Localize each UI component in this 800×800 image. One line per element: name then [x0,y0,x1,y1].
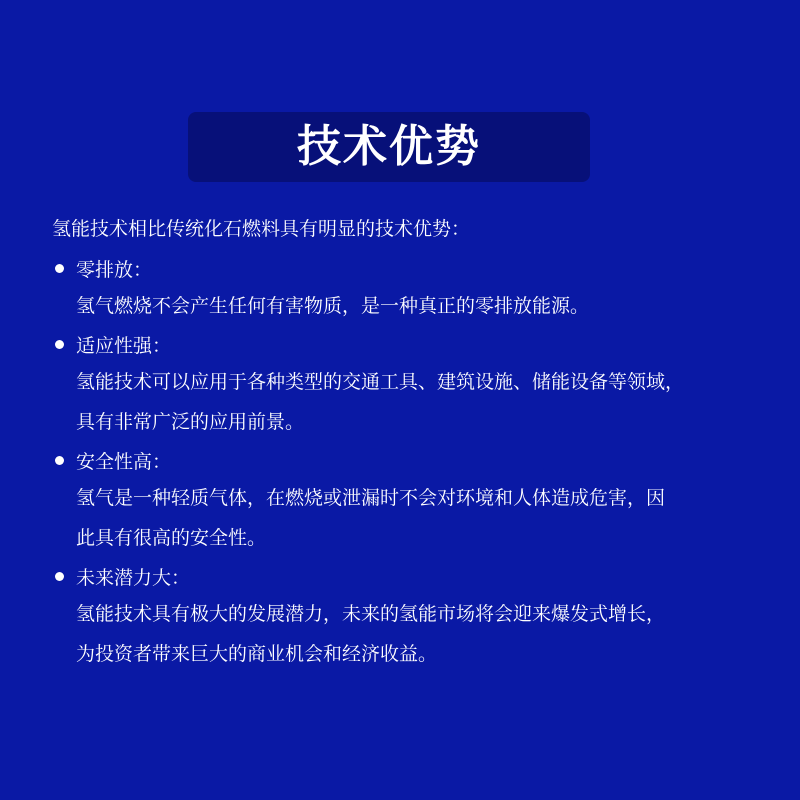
advantage-item-safety: 安全性高： 氢气是一种轻质气体，在燃烧或泄漏时不会对环境和人体造成危害，因 此具… [52,442,772,558]
item-heading-row: 安全性高： [52,442,772,478]
item-heading: 安全性高： [76,447,171,474]
item-description: 氢能技术可以应用于各种类型的交通工具、建筑设施、储能设备等领域， 具有非常广泛的… [52,362,772,442]
bullet-icon [55,572,64,581]
description-line: 氢能技术可以应用于各种类型的交通工具、建筑设施、储能设备等领域， [76,362,752,402]
description-line: 氢气是一种轻质气体，在燃烧或泄漏时不会对环境和人体造成危害，因 [76,478,752,518]
item-description: 氢气燃烧不会产生任何有害物质，是一种真正的零排放能源。 [52,286,772,326]
description-line: 氢气燃烧不会产生任何有害物质，是一种真正的零排放能源。 [76,286,752,326]
intro-text: 氢能技术相比传统化石燃料具有明显的技术优势： [52,214,772,244]
description-line: 为投资者带来巨大的商业机会和经济收益。 [76,634,752,674]
content-area: 氢能技术相比传统化石燃料具有明显的技术优势： 零排放： 氢气燃烧不会产生任何有害… [52,214,772,674]
description-line: 此具有很高的安全性。 [76,518,752,558]
advantage-item-zero-emission: 零排放： 氢气燃烧不会产生任何有害物质，是一种真正的零排放能源。 [52,250,772,326]
item-description: 氢能技术具有极大的发展潜力，未来的氢能市场将会迎来爆发式增长， 为投资者带来巨大… [52,594,772,674]
item-description: 氢气是一种轻质气体，在燃烧或泄漏时不会对环境和人体造成危害，因 此具有很高的安全… [52,478,772,558]
item-heading: 适应性强： [76,331,171,358]
item-heading: 未来潜力大： [76,563,190,590]
bullet-icon [55,456,64,465]
item-heading-row: 未来潜力大： [52,558,772,594]
item-heading-row: 适应性强： [52,326,772,362]
bullet-icon [55,264,64,273]
item-heading-row: 零排放： [52,250,772,286]
title-banner: 技术优势 [188,112,590,182]
description-line: 氢能技术具有极大的发展潜力，未来的氢能市场将会迎来爆发式增长， [76,594,752,634]
item-heading: 零排放： [76,255,152,282]
advantage-item-future-potential: 未来潜力大： 氢能技术具有极大的发展潜力，未来的氢能市场将会迎来爆发式增长， 为… [52,558,772,674]
page-title: 技术优势 [297,125,481,169]
description-line: 具有非常广泛的应用前景。 [76,402,752,442]
advantage-item-adaptability: 适应性强： 氢能技术可以应用于各种类型的交通工具、建筑设施、储能设备等领域， 具… [52,326,772,442]
bullet-icon [55,340,64,349]
